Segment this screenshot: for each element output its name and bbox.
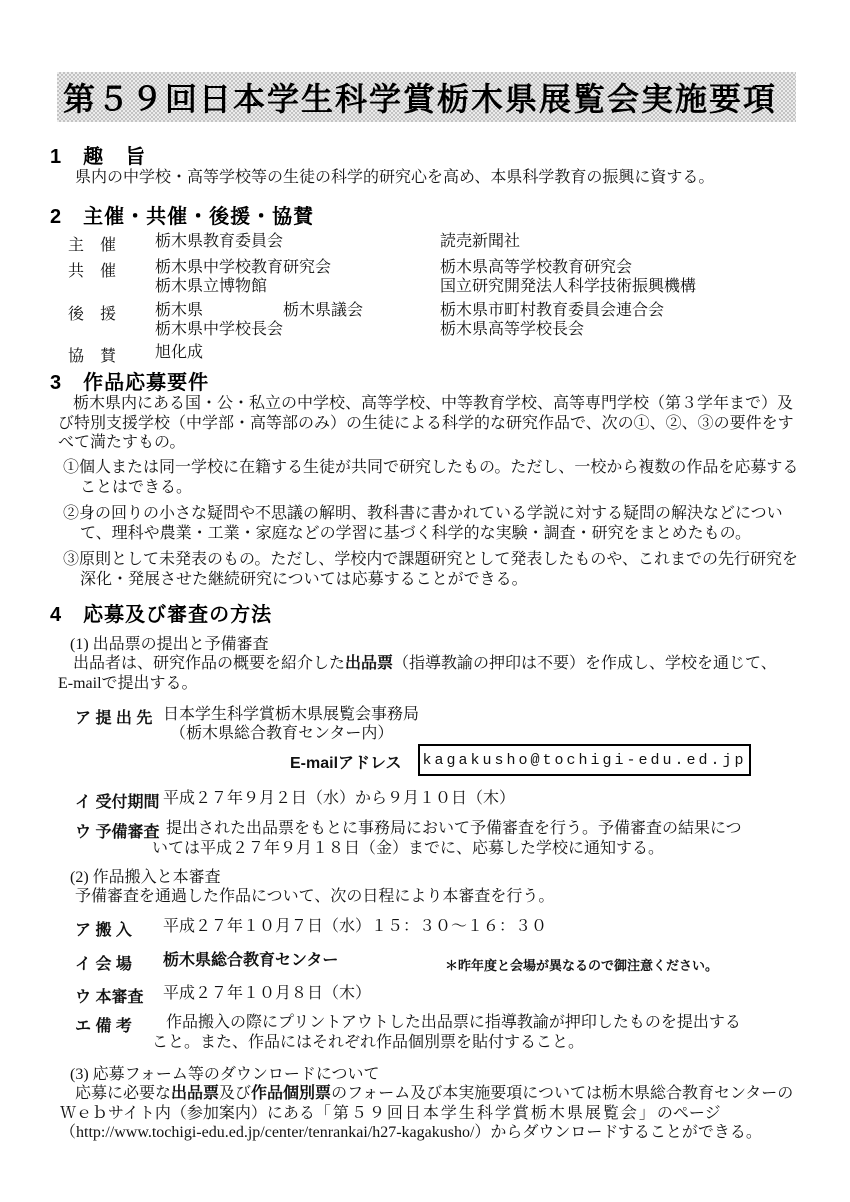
sponsor-role-label: 共 催 [68,258,116,281]
download-paragraph: 応募に必要な出品票及び作品個別票のフォーム及び本実施要項については栃木県総合教育… [60,1084,794,1143]
carry-in-paragraph: 予備審査を通過した作品について、次の日程により本審査を行う。 [75,887,554,907]
requirement-item-3: ③原則として未発表のもの。ただし、学校内で課題研究として発表したものや、これまで… [63,550,808,589]
requirement-item-2: ②身の回りの小さな疑問や不思議の解明、教科書に書かれている学説に対する疑問の解決… [63,504,808,543]
final-screening-value: 平成２７年１０月８日（木） [163,984,371,1003]
row-label: イ 会 場 [75,951,132,974]
row-label: ウ 本審査 [75,984,143,1007]
email-address: kagakusho@tochigi-edu.ed.jp [422,752,746,769]
section-3-heading: 3 作品応募要件 [50,366,209,395]
sponsor-left-org: 栃木県教育委員会 [155,232,283,251]
sponsor-right-org: 栃木県市町村教育委員会連合会 [440,301,664,320]
sponsor-left-org: 栃木県中学校教育研究会 [155,258,331,277]
section-1-body: 県内の中学校・高等学校等の生徒の科学的研究心を高め、本県科学教育の振興に資する。 [75,168,714,188]
subsection-3-heading: (3) 応募フォーム等のダウンロードについて [70,1061,380,1084]
sponsor-right-org: 国立研究開発法人科学技術振興機構 [440,277,696,296]
section-4-heading: 4 応募及び審査の方法 [50,598,272,627]
submission-paragraph: 出品者は、研究作品の概要を紹介した出品票（指導教諭の押印は不要）を作成し、学校を… [58,654,784,693]
section-2-heading: 2 主催・共催・後援・協賛 [50,200,314,229]
sponsor-role-label: 協 賛 [68,343,116,366]
carry-in-value: 平成２７年１０月７日（水）１５：３０～１６：３０ [163,917,547,936]
reception-period-value: 平成２７年９月２日（水）から９月１０日（木） [163,789,515,808]
section-3-intro: 栃木県内にある国・公・私立の中学校、高等学校、中等教育学校、高等専門学校（第３学… [58,394,794,453]
subsection-1-heading: (1) 出品票の提出と予備審査 [70,631,269,654]
sponsor-role-label: 主 催 [68,232,116,255]
row-label: イ 受付期間 [75,789,159,812]
email-address-box: kagakusho@tochigi-edu.ed.jp [418,744,751,776]
document-page: 第５９回日本学生科学賞栃木県展覧会実施要項 1 趣 旨 県内の中学校・高等学校等… [0,0,850,1202]
page-title: 第５９回日本学生科学賞栃木県展覧会実施要項 [57,72,796,122]
row-label: ア 提 出 先 [75,705,152,728]
sponsor-role-label: 後 援 [68,301,116,324]
sponsor-right-org: 栃木県高等学校教育研究会 [440,258,632,277]
email-label: E-mailアドレス [290,750,402,773]
row-label: エ 備 考 [75,1013,132,1036]
submit-to-line-2: （栃木県総合教育センター内） [170,724,393,743]
preliminary-screening-value: 提出された出品票をもとに事務局において予備審査を行う。予備審査の結果については平… [152,819,752,858]
sponsor-right-org: 読売新聞社 [440,232,520,251]
sponsor-left-org: 栃木県中学校長会 [155,320,283,339]
venue-note: ＊昨年度と会場が異なるので御注意ください。 [445,955,718,974]
venue-value: 栃木県総合教育センター [163,951,338,970]
sponsor-right-org: 栃木県高等学校長会 [440,320,584,339]
sponsor-left-org: 栃木県立博物館 [155,277,267,296]
sponsor-left-org: 栃木県 栃木県議会 [155,301,363,320]
section-1-heading: 1 趣 旨 [50,140,146,169]
row-label: ア 搬 入 [75,917,132,940]
subsection-2-heading: (2) 作品搬入と本審査 [70,864,221,887]
sponsor-left-org: 旭化成 [155,343,203,362]
requirement-item-1: ①個人または同一学校に在籍する生徒が共同で研究したもの。ただし、一校から複数の作… [63,458,808,497]
row-label: ウ 予備審査 [75,819,159,842]
remarks-value: 作品搬入の際にプリントアウトした出品票に指導教諭が押印したものを提出すること。ま… [152,1013,752,1052]
submit-to-line-1: 日本学生科学賞栃木県展覧会事務局 [163,705,419,724]
